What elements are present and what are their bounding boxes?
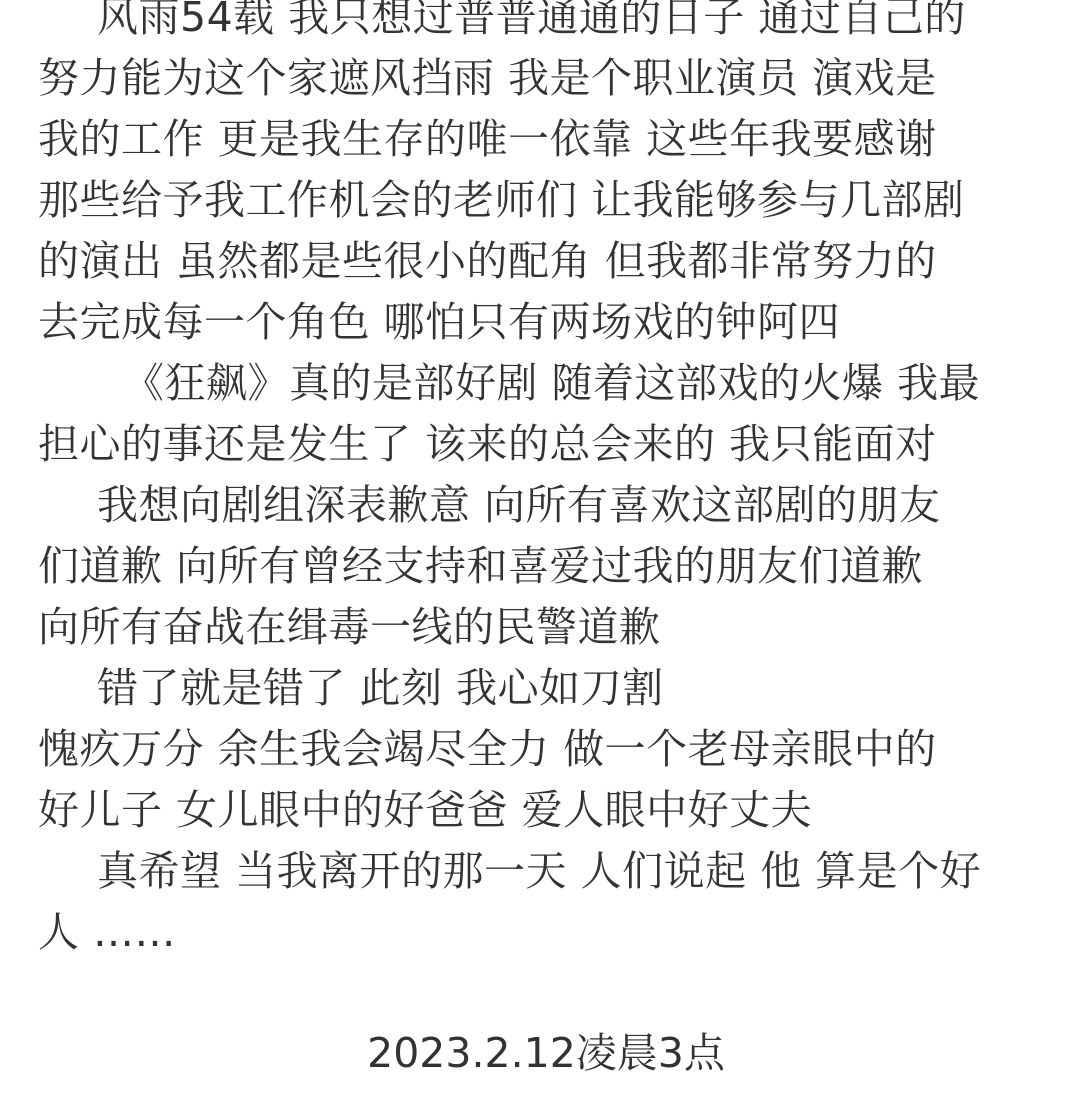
text-line: 向所有奋战在缉毒一线的民警道歉 — [38, 597, 1058, 658]
text-line: 《狂飙》真的是部好剧 随着这部戏的火爆 我最 — [38, 353, 1058, 414]
statement-body: 风雨54载 我只想过普普通通的日子 通过自己的 努力能为这个家遮风挡雨 我是个职… — [38, 0, 1058, 963]
text-line: 们道歉 向所有曾经支持和喜爱过我的朋友们道歉 — [38, 536, 1058, 597]
text-line: 人 …… — [38, 902, 1058, 963]
text-line: 好儿子 女儿眼中的好爸爸 爱人眼中好丈夫 — [38, 780, 1058, 841]
text-line: 我的工作 更是我生存的唯一依靠 这些年我要感谢 — [38, 109, 1058, 170]
text-line: 真希望 当我离开的那一天 人们说起 他 算是个好 — [38, 841, 1058, 902]
text-line: 去完成每一个角色 哪怕只有两场戏的钟阿四 — [38, 292, 1058, 353]
signature-date: 2023.2.12凌晨3点 — [0, 1024, 1080, 1082]
text-line: 努力能为这个家遮风挡雨 我是个职业演员 演戏是 — [38, 48, 1058, 109]
text-line: 的演出 虽然都是些很小的配角 但我都非常努力的 — [38, 231, 1058, 292]
text-line: 我想向剧组深表歉意 向所有喜欢这部剧的朋友 — [38, 475, 1058, 536]
text-line: 错了就是错了 此刻 我心如刀割 — [38, 658, 1058, 719]
text-line: 愧疚万分 余生我会竭尽全力 做一个老母亲眼中的 — [38, 719, 1058, 780]
text-line: 风雨54载 我只想过普普通通的日子 通过自己的 — [38, 0, 1058, 48]
text-line: 那些给予我工作机会的老师们 让我能够参与几部剧 — [38, 170, 1058, 231]
text-line: 担心的事还是发生了 该来的总会来的 我只能面对 — [38, 414, 1058, 475]
